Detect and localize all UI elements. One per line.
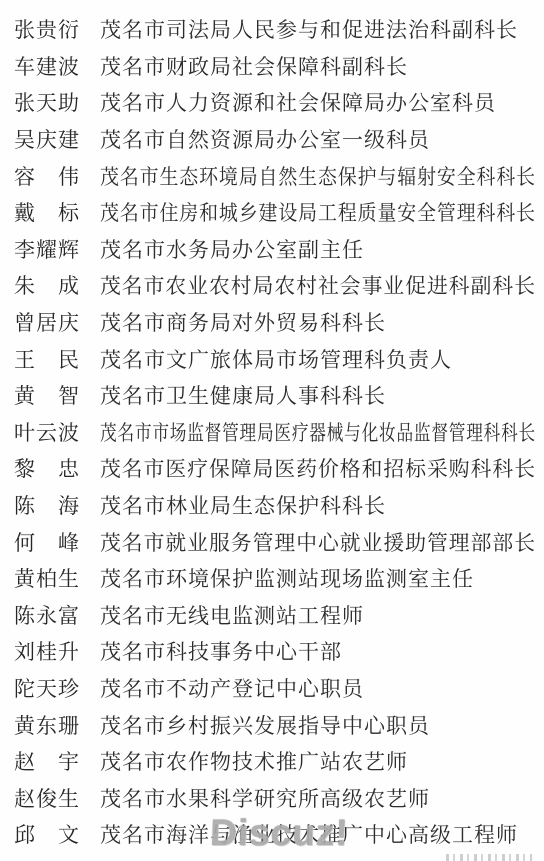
person-name: 容 伟 xyxy=(14,161,80,191)
person-name: 黄柏生 xyxy=(14,563,80,593)
person-name: 王 民 xyxy=(14,344,80,374)
person-row: 陈 海 茂名市林业局生态保护科科长 xyxy=(14,487,544,524)
person-name: 邱 文 xyxy=(14,819,80,849)
person-row: 陈永富 茂名市无线电监测站工程师 xyxy=(14,597,544,634)
person-name: 李耀辉 xyxy=(14,234,80,264)
person-name: 叶云波 xyxy=(14,417,80,447)
person-row: 黄 智 茂名市卫生健康局人事科科长 xyxy=(14,377,544,414)
person-name: 赵 宇 xyxy=(14,746,80,776)
person-row: 黄柏生 茂名市环境保护监测站现场监测室主任 xyxy=(14,560,544,597)
person-title: 茂名市无线电监测站工程师 xyxy=(100,600,536,630)
person-title: 茂名市水果科学研究所高级农艺师 xyxy=(100,783,536,813)
person-title: 茂名市科技事务中心干部 xyxy=(100,636,536,666)
person-name: 赵俊生 xyxy=(14,783,80,813)
person-row: 黎 忠 茂名市医疗保障局医药价格和招标采购科科长 xyxy=(14,450,544,487)
person-row: 邱 文 茂名市海洋与渔业技术推广中心高级工程师 xyxy=(14,816,544,853)
person-title: 茂名市环境保护监测站现场监测室主任 xyxy=(100,563,536,593)
person-row: 李耀辉 茂名市水务局办公室副主任 xyxy=(14,231,544,268)
person-row: 戴 标 茂名市住房和城乡建设局工程质量安全管理科科长 xyxy=(14,194,544,231)
person-name: 刘桂升 xyxy=(14,636,80,666)
person-name: 陈永富 xyxy=(14,600,80,630)
person-name: 陀天珍 xyxy=(14,673,80,703)
person-name: 何 峰 xyxy=(14,527,80,557)
person-row: 张天助 茂名市人力资源和社会保障局办公室科员 xyxy=(14,84,544,121)
person-row: 朱 成 茂名市农业农村局农村社会事业促进科副科长 xyxy=(14,267,544,304)
person-title: 茂名市就业服务管理中心就业援助管理部部长 xyxy=(100,527,532,557)
person-name: 戴 标 xyxy=(14,197,80,227)
person-name: 张贵衍 xyxy=(14,14,80,44)
person-row: 何 峰 茂名市就业服务管理中心就业援助管理部部长 xyxy=(14,523,544,560)
person-row: 刘桂升 茂名市科技事务中心干部 xyxy=(14,633,544,670)
person-title: 茂名市商务局对外贸易科科长 xyxy=(100,307,536,337)
person-title: 茂名市卫生健康局人事科科长 xyxy=(100,380,536,410)
person-title: 茂名市不动产登记中心职员 xyxy=(100,673,536,703)
person-row: 赵俊生 茂名市水果科学研究所高级农艺师 xyxy=(14,779,544,816)
person-name: 黎 忠 xyxy=(14,453,80,483)
person-row: 陀天珍 茂名市不动产登记中心职员 xyxy=(14,670,544,707)
person-row: 叶云波 茂名市市场监督管理局医疗器械与化妆品监督管理科科长 xyxy=(14,414,544,451)
person-title: 茂名市乡村振兴发展指导中心职员 xyxy=(100,710,536,740)
person-name: 曾居庆 xyxy=(14,307,80,337)
person-row: 吴庆建 茂名市自然资源局办公室一级科员 xyxy=(14,121,544,158)
person-name: 黄 智 xyxy=(14,380,80,410)
person-title: 茂名市水务局办公室副主任 xyxy=(100,234,536,264)
person-title: 茂名市医疗保障局医药价格和招标采购科科长 xyxy=(100,453,532,483)
person-row: 容 伟 茂名市生态环境局自然生态保护与辐射安全科科长 xyxy=(14,157,544,194)
person-title: 茂名市市场监督管理局医疗器械与化妆品监督管理科科长 xyxy=(100,417,446,447)
person-name: 陈 海 xyxy=(14,490,80,520)
person-name: 车建波 xyxy=(14,51,80,81)
person-title: 茂名市海洋与渔业技术推广中心高级工程师 xyxy=(100,819,536,849)
person-row: 张贵衍 茂名市司法局人民参与和促进法治科副科长 xyxy=(14,11,544,48)
person-row: 车建波 茂名市财政局社会保障科副科长 xyxy=(14,48,544,85)
document-page: 张贵衍 茂名市司法局人民参与和促进法治科副科长 车建波 茂名市财政局社会保障科副… xyxy=(0,0,544,861)
person-title: 茂名市文广旅体局市场管理科负责人 xyxy=(100,344,536,374)
person-row: 黄东珊 茂名市乡村振兴发展指导中心职员 xyxy=(14,706,544,743)
person-title: 茂名市林业局生态保护科科长 xyxy=(100,490,536,520)
person-name: 吴庆建 xyxy=(14,124,80,154)
person-title: 茂名市农作物技术推广站农艺师 xyxy=(100,746,536,776)
person-title: 茂名市自然资源局办公室一级科员 xyxy=(100,124,536,154)
personnel-list: 张贵衍 茂名市司法局人民参与和促进法治科副科长 车建波 茂名市财政局社会保障科副… xyxy=(0,0,544,853)
person-title: 茂名市人力资源和社会保障局办公室科员 xyxy=(100,87,536,117)
person-row: 赵 宇 茂名市农作物技术推广站农艺师 xyxy=(14,743,544,780)
person-row: 曾居庆 茂名市商务局对外贸易科科长 xyxy=(14,304,544,341)
person-title: 茂名市司法局人民参与和促进法治科副科长 xyxy=(100,14,536,44)
person-title: 茂名市住房和城乡建设局工程质量安全管理科科长 xyxy=(100,197,493,227)
bottom-right-artifact xyxy=(446,854,532,861)
person-row: 王 民 茂名市文广旅体局市场管理科负责人 xyxy=(14,340,544,377)
person-name: 黄东珊 xyxy=(14,710,80,740)
person-title: 茂名市农业农村局农村社会事业促进科副科长 xyxy=(100,270,532,300)
person-title: 茂名市财政局社会保障科副科长 xyxy=(100,51,536,81)
person-name: 朱 成 xyxy=(14,270,80,300)
person-name: 张天助 xyxy=(14,87,80,117)
person-title: 茂名市生态环境局自然生态保护与辐射安全科科长 xyxy=(100,161,493,191)
